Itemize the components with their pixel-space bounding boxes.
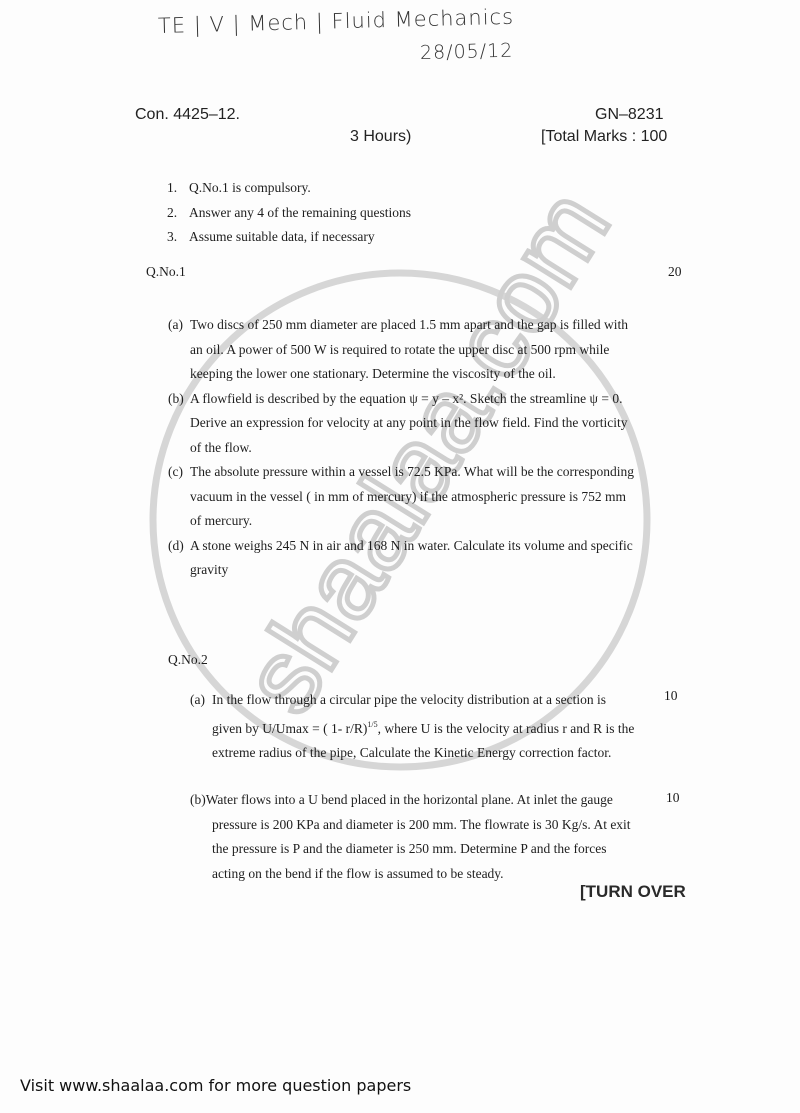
duration: 3 Hours) — [350, 128, 411, 146]
q1-label: Q.No.1 — [146, 264, 186, 280]
turn-over: [TURN OVER — [580, 882, 686, 902]
handwritten-title: TE | Ⅴ | Mech | Fluid Mechanics — [158, 5, 515, 38]
q2-part-a: (a)In the flow through a circular pipe t… — [190, 688, 634, 766]
instruction-item: 2.Answer any 4 of the remaining question… — [167, 201, 411, 226]
formula-line: given by U/Umax = ( 1- r/R)1/5, where U … — [190, 713, 634, 742]
total-marks: [Total Marks : 100 — [541, 128, 667, 146]
instruction-item: 3.Assume suitable data, if necessary — [167, 225, 411, 250]
q1-marks: 20 — [668, 264, 682, 280]
handwritten-date: 28/05/12 — [420, 40, 514, 64]
q2-part-b: (b)Water flows into a U bend placed in t… — [190, 788, 631, 886]
con-number: Con. 4425–12. — [135, 106, 240, 124]
q1-parts: (a)Two discs of 250 mm diameter are plac… — [168, 313, 634, 583]
instruction-item: 1.Q.No.1 is compulsory. — [167, 176, 411, 201]
q2a-marks: 10 — [664, 688, 678, 704]
q1-part-c: (c)The absolute pressure within a vessel… — [168, 460, 634, 534]
q1-part-a: (a)Two discs of 250 mm diameter are plac… — [168, 313, 634, 387]
instructions: 1.Q.No.1 is compulsory. 2.Answer any 4 o… — [167, 176, 411, 250]
paper-code: GN–8231 — [595, 106, 664, 124]
q1-part-b: (b)A flowfield is described by the equat… — [168, 387, 634, 461]
q2-label: Q.No.2 — [168, 652, 208, 668]
q2b-marks: 10 — [666, 790, 680, 806]
q1-part-d: (d)A stone weighs 245 N in air and 168 N… — [168, 534, 634, 583]
footer-link-text[interactable]: Visit www.shaalaa.com for more question … — [20, 1076, 411, 1095]
